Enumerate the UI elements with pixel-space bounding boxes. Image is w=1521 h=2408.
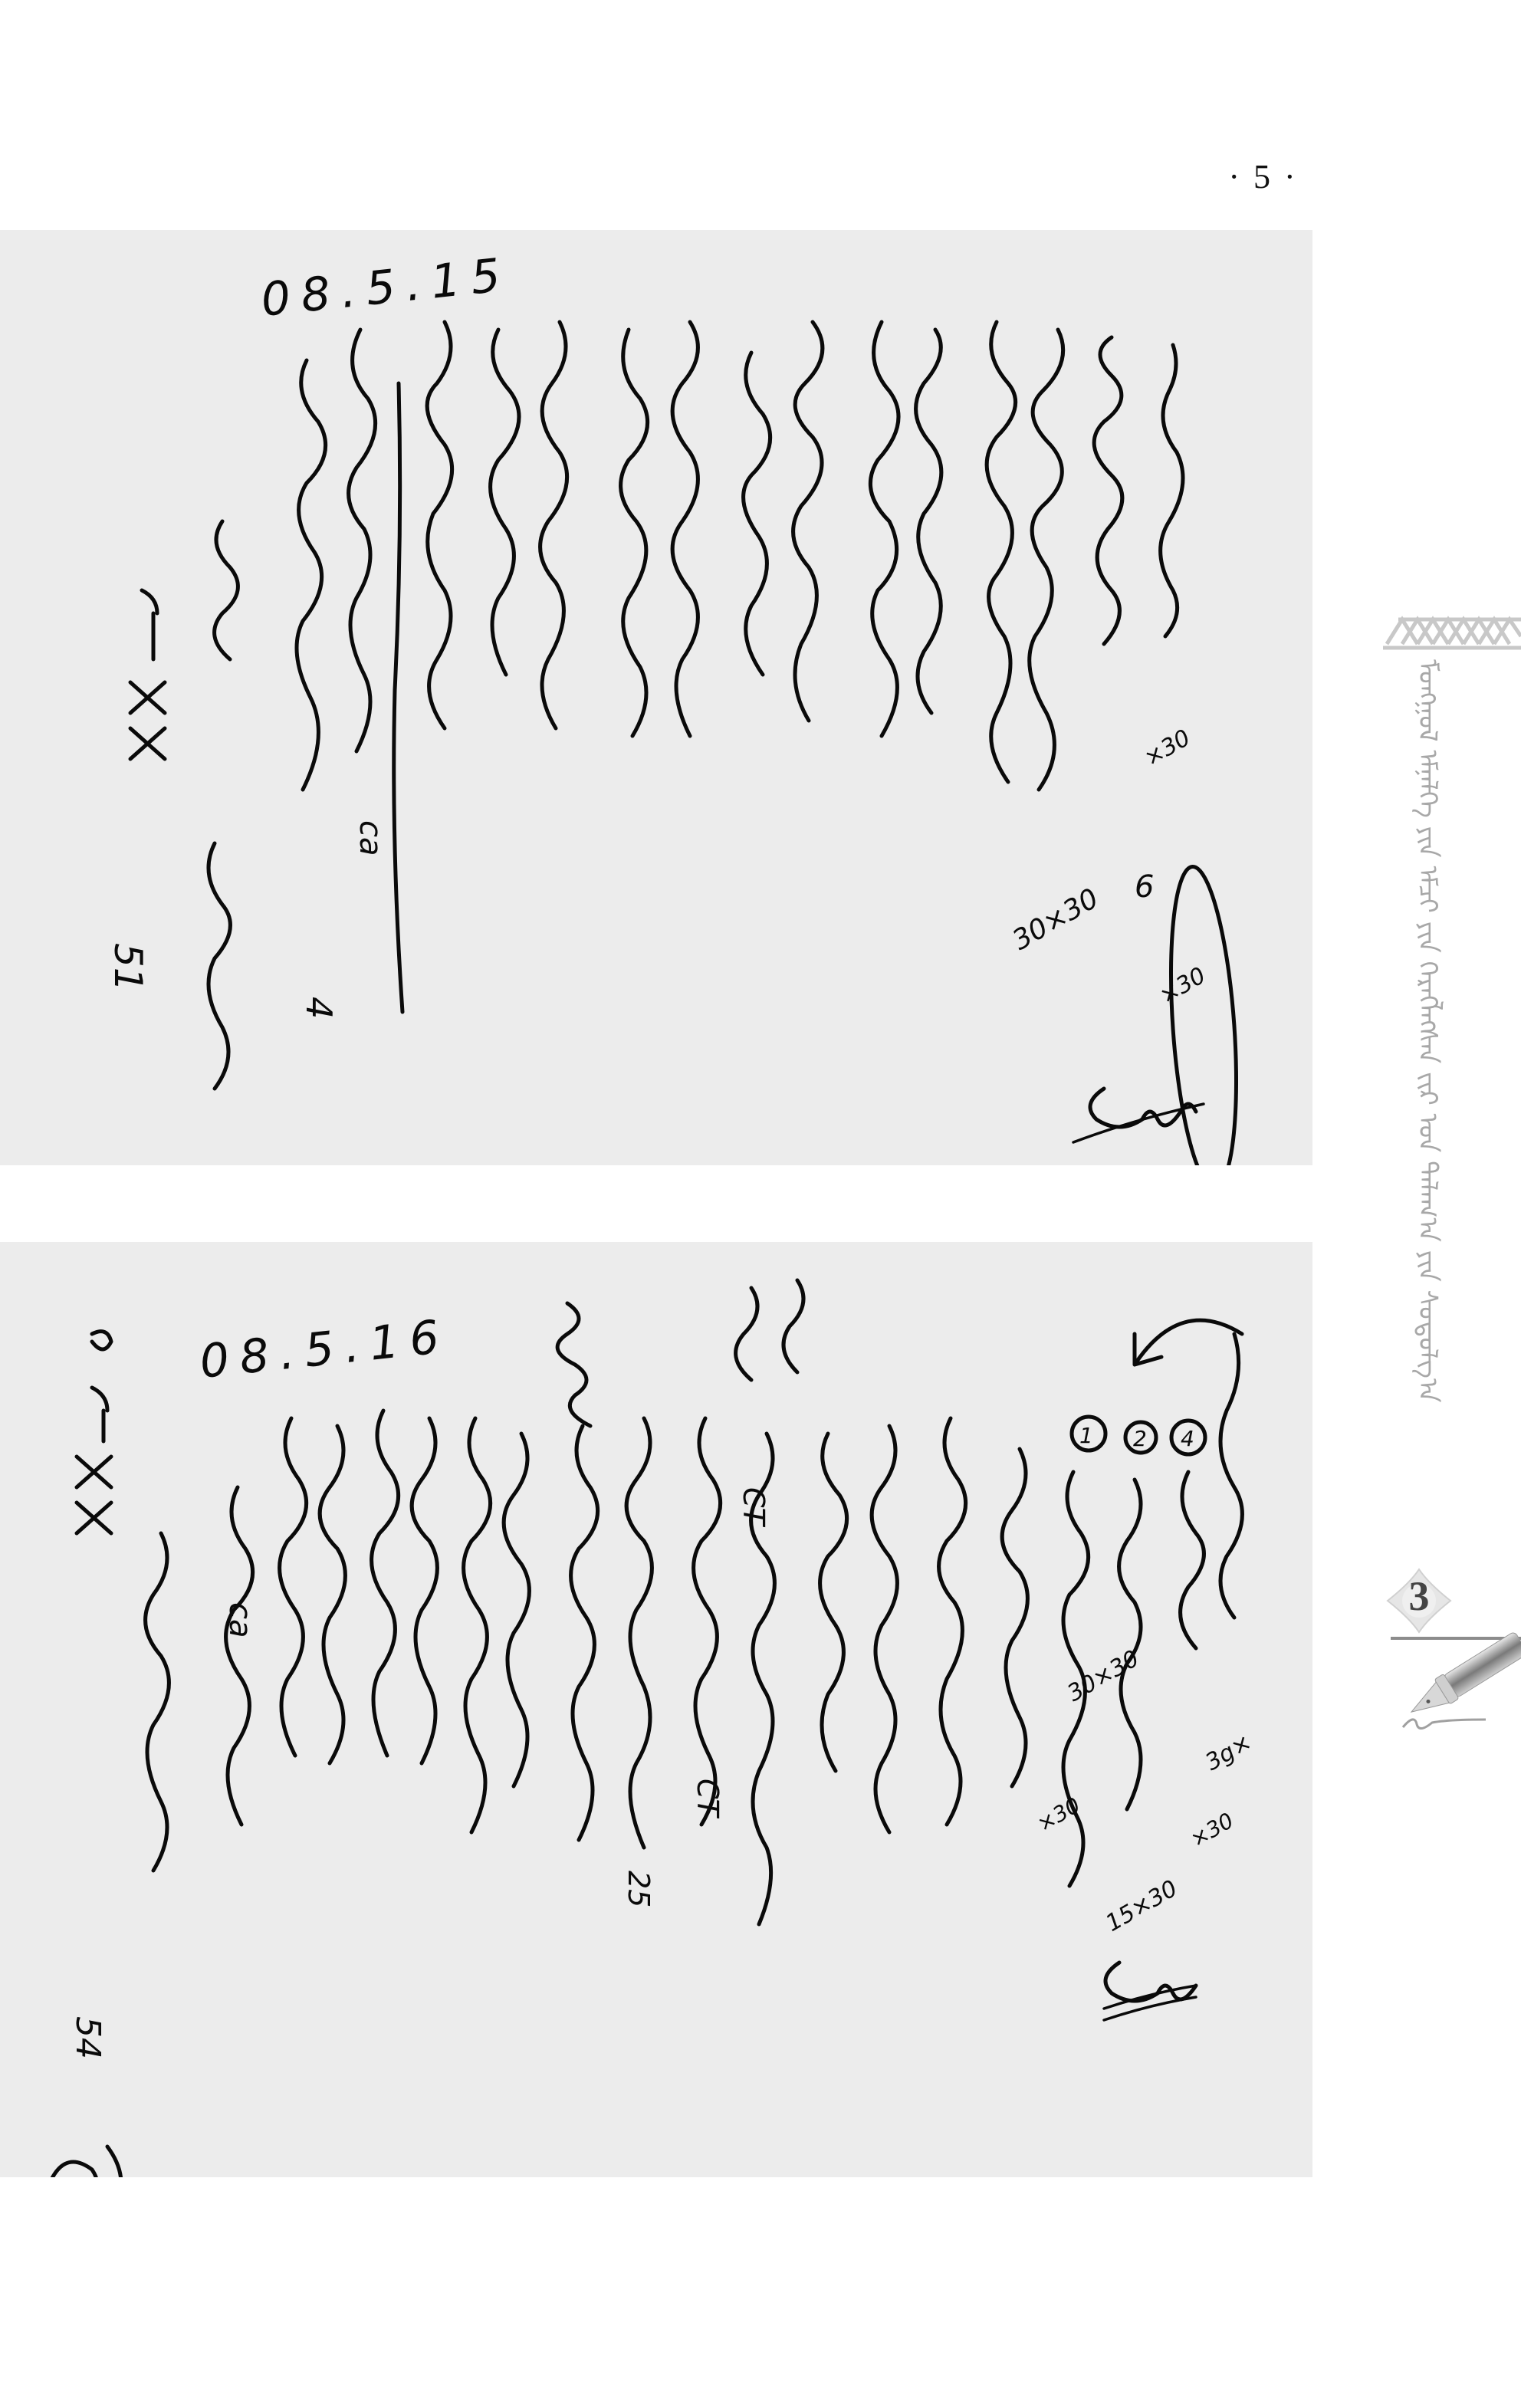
svg-text:2: 2 <box>1133 1426 1147 1451</box>
chapter-margin: ᠮᠣᠩᠭᠣᠯ ᠡᠮᠨᠡᠯᠭᠡ ᠶᠢᠨ ᠡᠮᠴᠢ ᠶᠢᠨ ᠬᠡᠷᠡᠭᠯᠡᠭᠰᠡᠨ … <box>1365 598 1521 1901</box>
svg-text:ca: ca <box>222 1602 258 1638</box>
handwriting-scribbles: 4 ca 30×30 6 ×30 ×30 51 <box>0 230 1312 1165</box>
handwriting-scribbles: 54 ca CT CT 25 30×30 15×30 3g× ×30 ×30 1… <box>0 1242 1312 2177</box>
svg-text:×30: ×30 <box>1186 1808 1238 1852</box>
chapter-number: 3 <box>1386 1572 1452 1620</box>
svg-text:1: 1 <box>1079 1423 1093 1448</box>
ornamental-border-icon <box>1383 613 1521 652</box>
svg-text:×30: ×30 <box>1140 724 1195 772</box>
fragment-4: 4 <box>298 997 340 1019</box>
page-number: ·5· <box>1227 157 1311 196</box>
svg-text:15×30: 15×30 <box>1102 1875 1182 1937</box>
svg-text:ca: ca <box>353 820 388 856</box>
svg-text:51: 51 <box>106 943 150 992</box>
svg-text:×30: ×30 <box>1155 962 1211 1010</box>
svg-text:4: 4 <box>1181 1426 1194 1451</box>
svg-text:×30: ×30 <box>1033 1792 1085 1837</box>
svg-text:30×30: 30×30 <box>1007 882 1104 956</box>
svg-text:54: 54 <box>68 2016 107 2059</box>
fountain-pen-icon <box>1395 1629 1521 1736</box>
svg-text:3g×: 3g× <box>1201 1729 1257 1776</box>
svg-text:25: 25 <box>622 1871 655 1907</box>
vertical-chapter-title: ᠮᠣᠩᠭᠣᠯ ᠡᠮᠨᠡᠯᠭᠡ ᠶᠢᠨ ᠡᠮᠴᠢ ᠶᠢᠨ ᠬᠡᠷᠡᠭᠯᠡᠭᠰᠡᠨ … <box>1404 659 1450 1618</box>
svg-text:CT: CT <box>691 1779 724 1819</box>
svg-text:6: 6 <box>1135 869 1154 905</box>
prescription-image-2: 08.5.16 54 <box>0 1242 1312 2177</box>
chapter-badge: 3 <box>1386 1568 1452 1634</box>
svg-text:30×30: 30×30 <box>1063 1645 1144 1707</box>
prescription-image-1: 08.5.15 4 ca 30×30 6 ×30 ×30 51 <box>0 230 1312 1165</box>
svg-text:CT: CT <box>737 1487 770 1528</box>
